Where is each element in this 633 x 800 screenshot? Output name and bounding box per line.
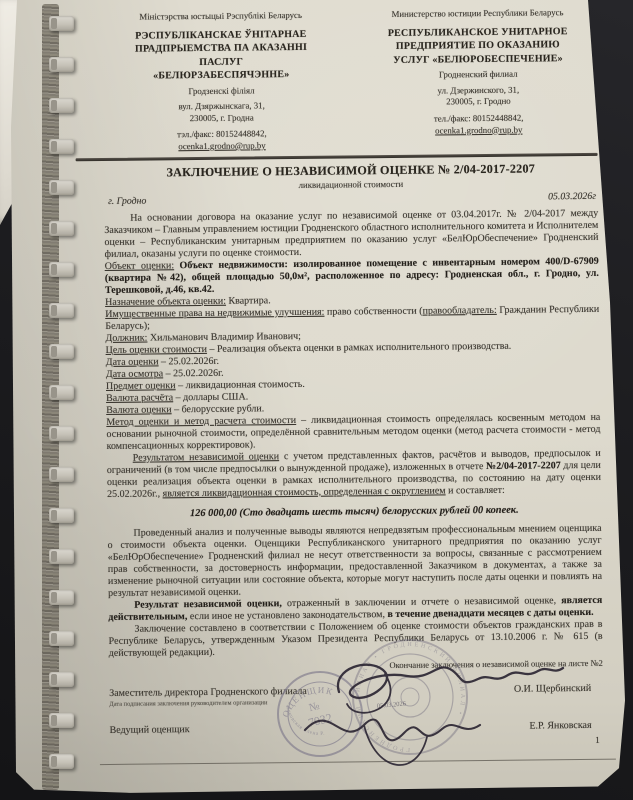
address-city: 230005, г. Гродна — [147, 112, 297, 125]
binding-ring — [49, 344, 74, 359]
footer-rule — [100, 759, 616, 765]
ministry-line: Министерство юстиции Республики Беларусь — [359, 7, 596, 21]
document-body: На основании договора на оказание услуг … — [104, 207, 603, 660]
letterhead-belarusian: Міністэрства юстыцыі Рэспублікі Беларусь… — [102, 10, 341, 154]
binding-ring — [49, 672, 74, 687]
signature-block: Заместитель директора Гродненского филиа… — [109, 683, 603, 736]
binding-ring — [49, 590, 74, 605]
binding-ring — [49, 98, 74, 113]
binding-ring — [49, 549, 74, 564]
branch-line: Гродненский филиал — [360, 68, 597, 82]
document-page: Міністэрства юстыцыі Рэспублікі Беларусь… — [10, 0, 626, 796]
binding-ring — [49, 467, 74, 482]
binding-ring — [49, 508, 74, 523]
email-line: ocenka1.grodno@rup.by — [103, 140, 340, 154]
comb-binding — [40, 4, 80, 790]
organization-name: РЭСПУБЛІКАНСКАЕ ЎНІТАРНАЕ ПРАДПРЫЕМСТВА … — [130, 27, 313, 83]
letterhead: Міністэрства юстыцыі Рэспублікі Беларусь… — [102, 1, 598, 154]
paragraph: Результатом независимой оценки с учетом … — [107, 447, 601, 500]
paragraph: Объект оценки: Объект недвижимости: изол… — [105, 255, 599, 296]
binding-ring — [49, 16, 74, 31]
deputy-director-label: Заместитель директора Гродненского филиа… — [109, 686, 307, 699]
page-number-mark: 1 — [595, 735, 600, 745]
binding-ring — [49, 221, 74, 236]
city-label: г. Гродно — [108, 195, 146, 206]
email-line: ocenka1.grodno@rup.by — [360, 123, 597, 137]
binding-ring — [49, 303, 74, 318]
binding-ring — [49, 385, 74, 400]
binding-ring — [49, 713, 74, 728]
organization-name: РЕСПУБЛИКАНСКОЕ УНИТАРНОЕ ПРЕДПРИЯТИЕ ПО… — [387, 25, 569, 67]
paragraph: На основании договора на оказание услуг … — [104, 207, 598, 260]
paragraph: Метод оценки и метод расчета стоимости –… — [106, 411, 600, 452]
lead-appraiser-row: Ведущий оценщик Е.Р. Янковская — [110, 720, 604, 736]
photo-of-document: { "header": { "left": { "ministry": "Мін… — [0, 0, 633, 800]
address-line: вул. Дзяржынскага, 31, 230005, г. Гродна — [147, 100, 297, 125]
deputy-director-name: О.И. Щербинский — [514, 683, 591, 695]
binding-ring — [49, 180, 74, 195]
binding-ring — [49, 426, 74, 441]
binding-ring — [49, 262, 74, 277]
ministry-line: Міністэрства юстыцыі Рэспублікі Беларусь — [102, 10, 339, 24]
address-line: ул. Дзержинского, 31, 230005, г. Гродно — [403, 84, 553, 109]
lead-appraiser-name: Е.Р. Янковская — [529, 720, 591, 732]
binding-ring — [49, 631, 74, 646]
lead-appraiser-label: Ведущий оценщик — [110, 724, 190, 736]
binding-ring — [49, 754, 74, 769]
header-divider-rule — [76, 152, 598, 160]
paragraph: Заключение составлено в соответствии с П… — [108, 619, 602, 660]
document-content: Міністэрства юстыцыі Рэспублікі Беларусь… — [102, 1, 603, 673]
paragraph: 126 000,00 (Сто двадцать шесть тысяч) бе… — [107, 503, 601, 521]
branch-line: Гродзенскі філіял — [103, 84, 340, 98]
city-date-row: г. Гродно 05.03.2026г — [108, 190, 596, 206]
paragraph: Проведенный анализ и полученные выводы я… — [107, 523, 602, 600]
letterhead-russian: Министерство юстиции Республики Беларусь… — [359, 7, 597, 138]
closing-note: Окончание заключения о независимой оценк… — [109, 658, 603, 673]
binding-ring — [49, 57, 74, 72]
binding-ring — [49, 139, 74, 154]
address-city: 230005, г. Гродно — [403, 96, 553, 109]
date-label: 05.03.2026г — [548, 190, 596, 202]
